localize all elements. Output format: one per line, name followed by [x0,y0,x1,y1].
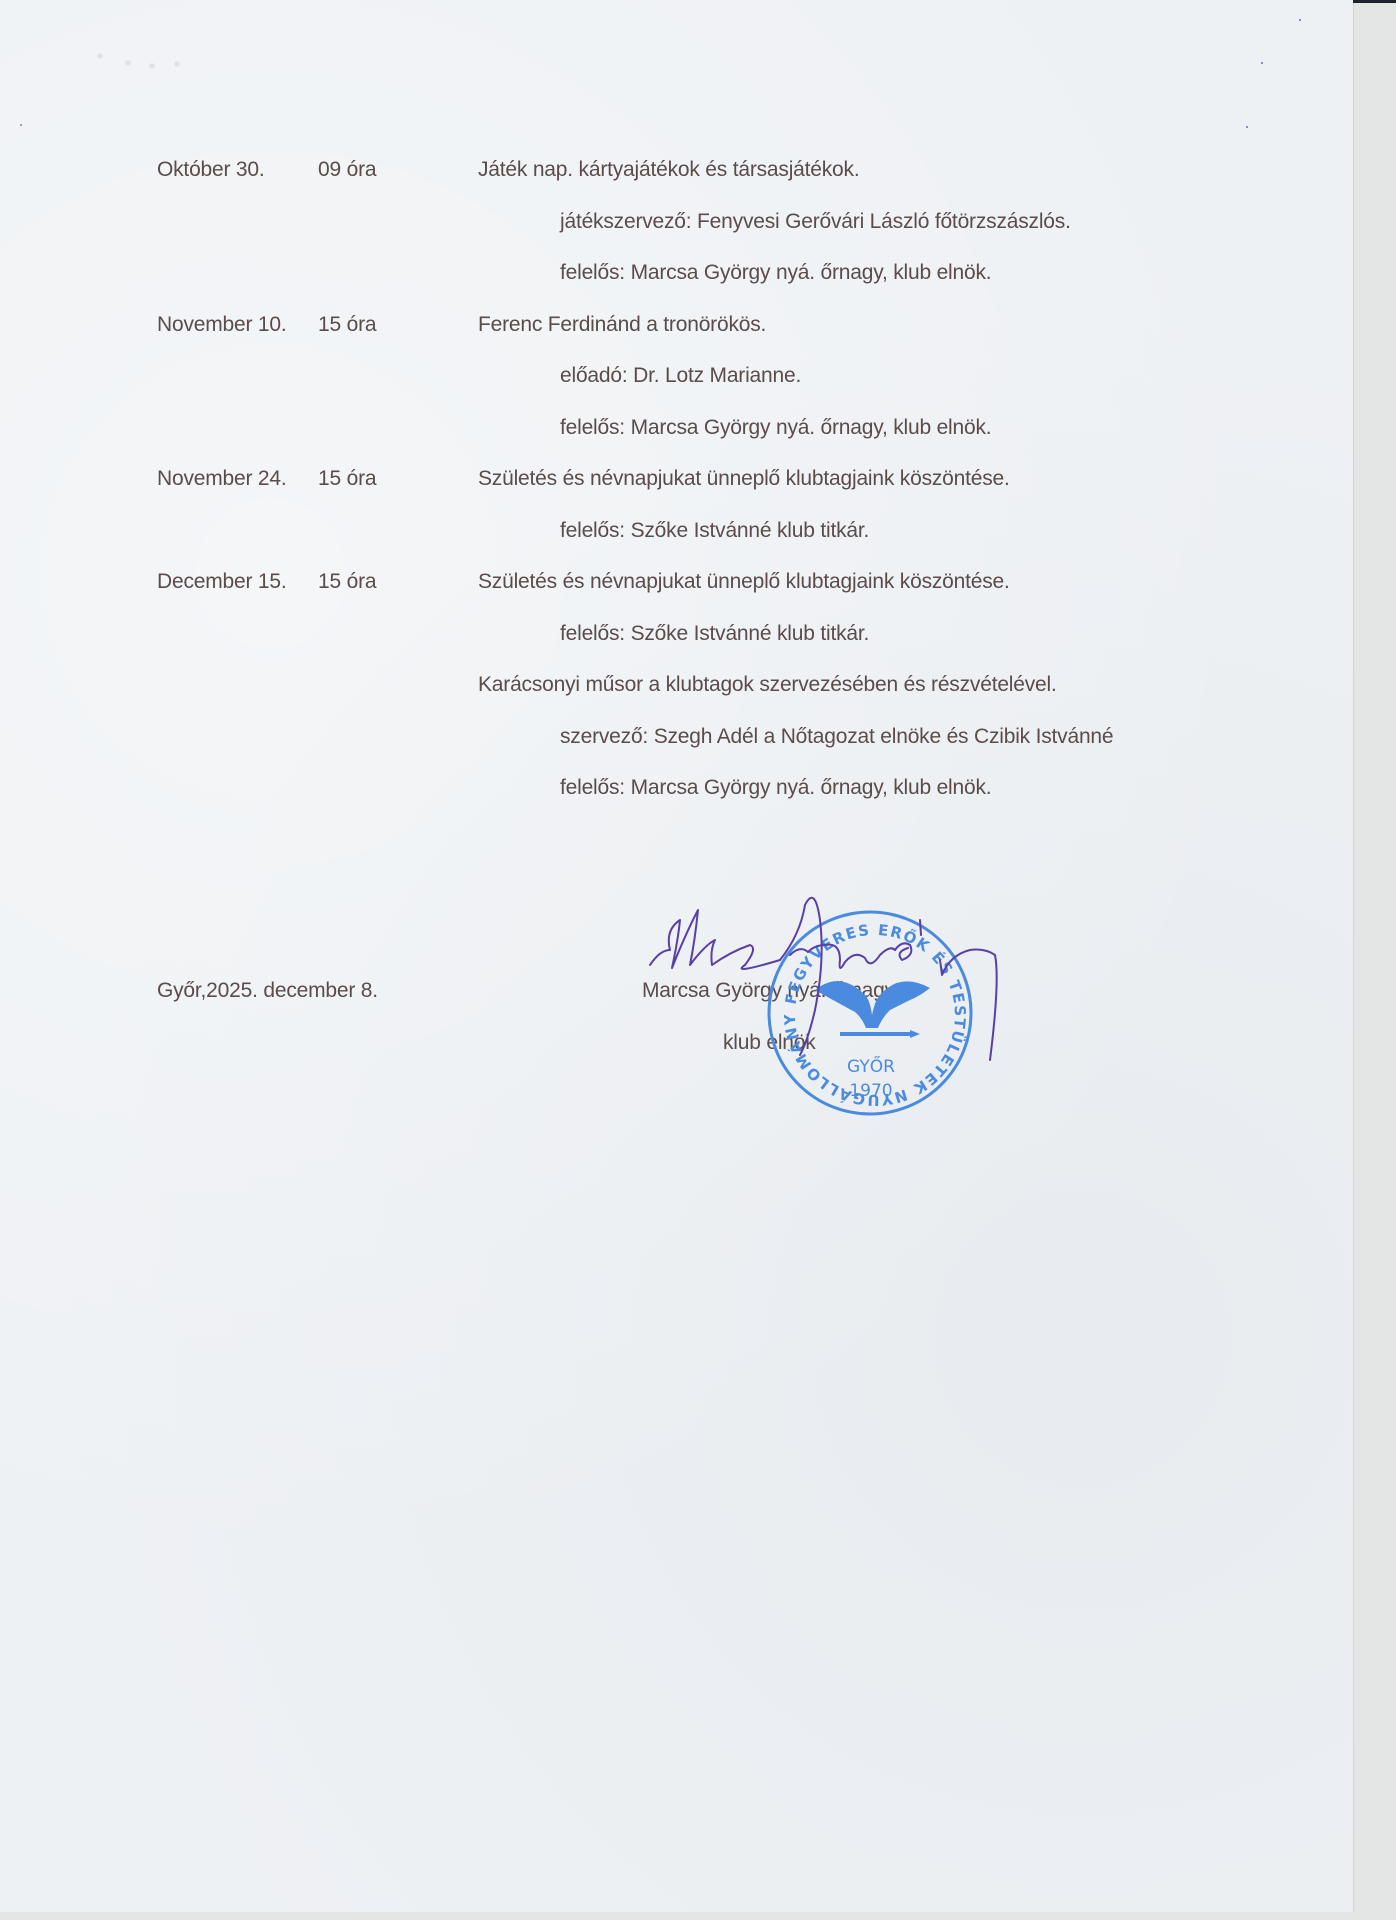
stamp-year: 1970 [849,1081,892,1101]
event-title: Születés és névnapjukat ünneplő klubtagj… [478,466,1010,492]
punch-mark [98,54,102,58]
event-detail: szervező: Szegh Adél a Nőtagozat elnöke … [560,724,1113,750]
event-date: November 24. [157,466,287,492]
event-detail: felelős: Marcsa György nyá. őrnagy, klub… [560,415,991,441]
event-date: Október 30. [157,157,265,183]
event-time: 15 óra [318,569,376,595]
event-detail: felelős: Szőke Istvánné klub titkár. [560,621,869,647]
punch-mark [150,64,154,68]
document-page [0,0,1354,1912]
place-and-date: Győr,2025. december 8. [157,978,378,1004]
event-detail: felelős: Marcsa György nyá. őrnagy, klub… [560,260,991,286]
punch-mark [175,62,179,66]
club-stamp: FEGYVERES ERŐK ÉS TESTÜLETEK NYUGÁLLOMÁN… [760,900,990,1130]
punch-mark [126,61,130,65]
event-title: Játék nap. kártyajátékok és társasjátéko… [478,157,859,183]
event-time: 09 óra [318,157,376,183]
event-time: 15 óra [318,312,376,338]
event-title: Ferenc Ferdinánd a tronörökös. [478,312,766,338]
event-date: November 10. [157,312,287,338]
event-time: 15 óra [318,466,376,492]
dust-speck [1261,62,1263,64]
event-date: December 15. [157,569,287,595]
event-detail: felelős: Marcsa György nyá. őrnagy, klub… [560,775,991,801]
stamp-city: GYŐR [847,1055,895,1077]
dust-speck [20,124,22,126]
event-title: Születés és névnapjukat ünneplő klubtagj… [478,569,1010,595]
event-detail: felelős: Szőke Istvánné klub titkár. [560,518,869,544]
event-title: Karácsonyi műsor a klubtagok szervezéséb… [478,672,1057,698]
dust-speck [1299,19,1301,21]
eagle-icon [815,981,930,1038]
event-detail: előadó: Dr. Lotz Marianne. [560,363,801,389]
scanner-edge [1353,0,1396,3]
event-detail: játékszervező: Fenyvesi Gerővári László … [560,209,1071,235]
dust-speck [1246,126,1248,128]
